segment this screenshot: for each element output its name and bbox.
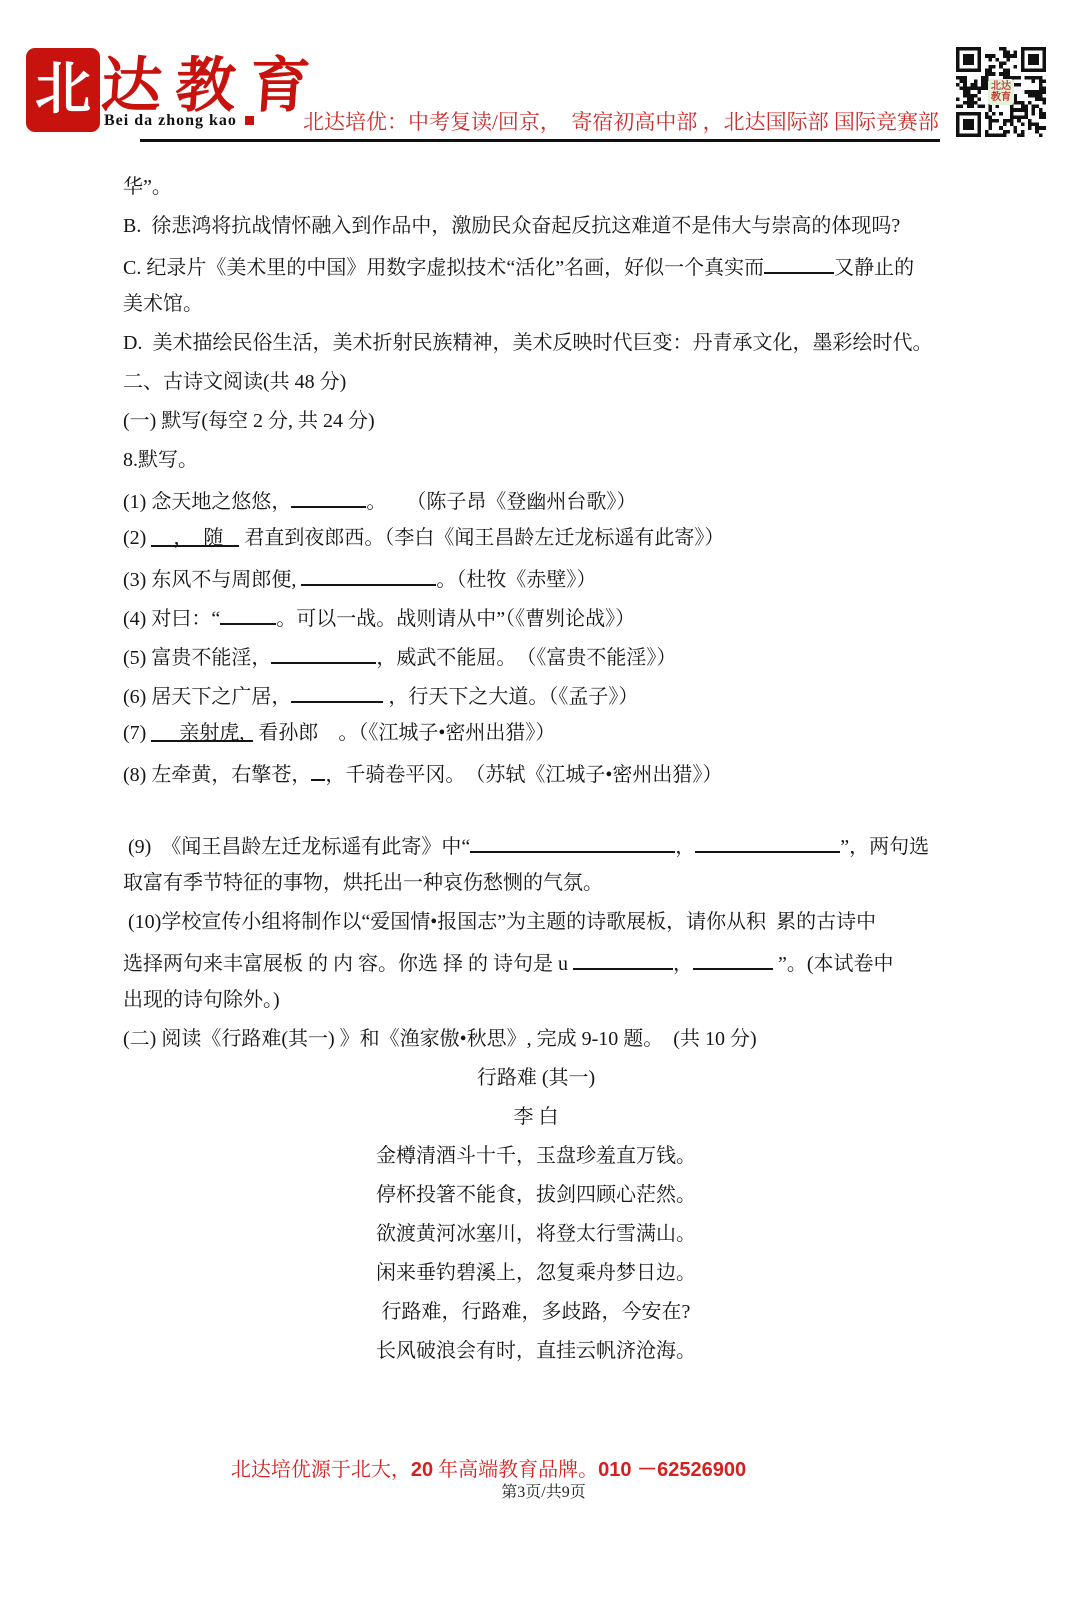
choice-c-wrap: 美术馆。 <box>123 285 949 324</box>
line-text: (4) 对曰：“ <box>123 608 220 630</box>
line-text: (二) 阅读《行路难(其一) 》和《渔家傲•秋思》, 完成 9-10 题。 (共… <box>123 1028 757 1050</box>
line-text: 。 （陈子昂《登幽州台歌》） <box>366 491 636 513</box>
page-number: 第3页/共9页 <box>0 1479 1087 1502</box>
question-8-heading: 8.默写。 <box>123 441 949 480</box>
line-text: (5) 富贵不能淫， <box>123 647 271 669</box>
blank-underline <box>301 558 436 586</box>
line-text: 闲来垂钓碧溪上，忽复乘舟梦日边。 <box>376 1262 696 1284</box>
blank-underline <box>291 480 366 508</box>
line-text: C. 纪录片《美术里的中国》用数字虚拟技术“活化”名画，好似一个真实而 <box>123 257 764 279</box>
question-6: (6) 居天下之广居， ，行天下之大道。（《孟子》） <box>123 675 949 714</box>
line-text: ”，两句选 <box>840 836 929 858</box>
question-3: (3) 东风不与周郎便, 。（杜牧《赤壁》） <box>123 558 949 597</box>
qr-code: 北达教育 <box>956 47 1046 137</box>
line-text: 。（杜牧《赤壁》） <box>436 569 596 591</box>
blank-underline <box>764 246 834 274</box>
poem-line: 欲渡黄河冰塞川，将登太行雪满山。 <box>123 1215 949 1254</box>
line-text: ， <box>673 953 693 975</box>
brand-subtitle-text: Bei da zhong kao <box>104 112 237 129</box>
brand-subtitle: Bei da zhong kao <box>104 112 254 130</box>
poem-title: 行路难 (其一) <box>123 1059 949 1098</box>
line-text: 欲渡黄河冰塞川，将登太行雪满山。 <box>376 1223 696 1245</box>
poem-line: 金樽清酒斗十千，玉盘珍羞直万钱。 <box>123 1137 949 1176</box>
question-10-line3: 出现的诗句除外。) <box>123 981 949 1020</box>
line-text: 行路难 (其一) <box>477 1067 595 1089</box>
line-text: 8.默写。 <box>123 449 198 471</box>
question-10-line1: (10)学校宣传小组将制作以“爱国情•报国志”为主题的诗歌展板，请你从积 累的古… <box>123 903 949 942</box>
section-2-2-heading: (二) 阅读《行路难(其一) 》和《渔家傲•秋思》, 完成 9-10 题。 (共… <box>123 1020 949 1059</box>
line-text: (3) 东风不与周郎便, <box>123 569 301 591</box>
footer-text: 年高端教育品牌。 <box>433 1459 598 1481</box>
line-text: 选择两句来丰富展板 的 内 容。你选 择 的 诗句是 u <box>123 953 573 975</box>
blank-underline <box>573 942 673 970</box>
line-text: 长风破浪会有时，直挂云帆济沧海。 <box>376 1340 696 1362</box>
line-text: 看孙郎 。（《江城子•密州出猎》） <box>253 722 555 744</box>
blank-underline <box>271 636 376 664</box>
footer-brand-line: 北达培优源于北大，20 年高端教育品牌。010 －62526900 <box>0 1453 1087 1482</box>
qr-label-line1: 北达 <box>991 81 1011 92</box>
section-2-heading: 二、古诗文阅读(共 48 分) <box>123 363 949 402</box>
footer-years: 20 <box>411 1459 433 1481</box>
question-10-line2: 选择两句来丰富展板 的 内 容。你选 择 的 诗句是 u ， ”。(本试卷中 <box>123 942 949 981</box>
line-text: 取富有季节特征的事物，烘托出一种哀伤愁恻的气氛。 <box>123 872 603 894</box>
blank-underline <box>693 942 773 970</box>
line-text: 华”。 <box>123 176 172 198</box>
line-text: 美术馆。 <box>123 293 203 315</box>
qr-label-line2: 教育 <box>991 92 1011 103</box>
qr-center-label: 北达教育 <box>988 79 1014 105</box>
line-text: 金樽清酒斗十千，玉盘珍羞直万钱。 <box>376 1145 696 1167</box>
choice-d: D. 美术描绘民俗生活，美术折射民族精神，美术反映时代巨变：丹青承文化，墨彩绘时… <box>123 324 949 363</box>
question-1: (1) 念天地之悠悠，。 （陈子昂《登幽州台歌》） <box>123 480 949 519</box>
question-2: (2) ， 随 君直到夜郎西。（李白《闻王昌龄左迁龙标遥有此寄》） <box>123 519 949 558</box>
line-text: 。可以一战。战则请从中”（《曹刿论战》） <box>276 608 635 630</box>
line-text: (10)学校宣传小组将制作以“爱国情•报国志”为主题的诗歌展板，请你从积 累的古… <box>123 911 876 933</box>
question-5: (5) 富贵不能淫，，威武不能屈。 （《富贵不能淫》） <box>123 636 949 675</box>
blank-underline <box>291 675 383 703</box>
line-text: B. 徐悲鸿将抗战情怀融入到作品中，激励民众奋起反抗这难道不是伟大与崇高的体现吗… <box>123 215 900 237</box>
line-text: (7) <box>123 722 151 744</box>
line-text: (2) <box>123 527 151 549</box>
blank-underline <box>695 825 840 853</box>
line-text: 君直到夜郎西。（李白《闻王昌龄左迁龙标遥有此寄》） <box>239 527 724 549</box>
footer-text: 北达培优源于北大， <box>231 1459 411 1481</box>
text-line: 华”。 <box>123 168 949 207</box>
brand-seal-logo: 北 <box>28 50 98 130</box>
blank-underline <box>311 753 325 781</box>
exam-page: 北 达教育 Bei da zhong kao 北达培优：中考复读/回京， 寄宿初… <box>0 0 1087 1606</box>
line-text: (6) 居天下之广居， <box>123 686 291 708</box>
question-8b: (8) 左牵黄，右擎苍，，千骑卷平冈。 （苏轼《江城子•密州出猎》） <box>123 753 949 792</box>
line-text: (9) 《闻王昌龄左迁龙标遥有此寄》中“ <box>123 836 470 858</box>
line-text: D. 美术描绘民俗生活，美术折射民族精神，美术反映时代巨变：丹青承文化，墨彩绘时… <box>123 332 932 354</box>
line-text: 李 白 <box>514 1106 559 1128</box>
line-text: ，威武不能屈。 （《富贵不能淫》） <box>376 647 676 669</box>
line-text: ，千骑卷平冈。 （苏轼《江城子•密州出猎》） <box>325 764 722 786</box>
line-text: 二、古诗文阅读(共 48 分) <box>123 371 346 393</box>
red-square-icon <box>245 116 254 125</box>
line-text: ，行天下之大道。（《孟子》） <box>383 686 638 708</box>
question-9-wrap: 取富有季节特征的事物，烘托出一种哀伤愁恻的气氛。 <box>123 864 949 903</box>
poem-author: 李 白 <box>123 1098 949 1137</box>
question-4: (4) 对曰：“。可以一战。战则请从中”（《曹刿论战》） <box>123 597 949 636</box>
poem-line: 闲来垂钓碧溪上，忽复乘舟梦日边。 <box>123 1254 949 1293</box>
section-2-1-heading: (一) 默写(每空 2 分, 共 24 分) <box>123 402 949 441</box>
line-text: 又静止的 <box>834 257 914 279</box>
footer-phone: 010 －62526900 <box>598 1459 746 1481</box>
choice-b: B. 徐悲鸿将抗战情怀融入到作品中，激励民众奋起反抗这难道不是伟大与崇高的体现吗… <box>123 207 949 246</box>
line-text: ， <box>675 836 695 858</box>
blank-underline-with-text: ， 随 <box>151 519 239 547</box>
poem-line: 行路难，行路难，多歧路，今安在? <box>123 1293 949 1332</box>
line-text: 停杯投箸不能食，拔剑四顾心茫然。 <box>376 1184 696 1206</box>
blank-underline <box>220 597 276 625</box>
blank-underline <box>470 825 675 853</box>
line-text: (8) 左牵黄，右擎苍， <box>123 764 311 786</box>
line-text: (1) 念天地之悠悠， <box>123 491 291 513</box>
header-tagline: 北达培优：中考复读/回京， 寄宿初高中部 ，北达国际部 国际竞赛部 <box>303 106 939 136</box>
line-text: 出现的诗句除外。) <box>123 989 280 1011</box>
header-divider <box>140 139 940 142</box>
vertical-spacer <box>123 792 949 825</box>
question-7: (7) 亲射虎, 看孙郎 。（《江城子•密州出猎》） <box>123 714 949 753</box>
line-text: ”。(本试卷中 <box>773 953 894 975</box>
poem-line: 停杯投箸不能食，拔剑四顾心茫然。 <box>123 1176 949 1215</box>
blank-underline-with-text: 亲射虎, <box>151 714 253 742</box>
line-text: (一) 默写(每空 2 分, 共 24 分) <box>123 410 375 432</box>
line-text: 行路难，行路难，多歧路，今安在? <box>382 1301 691 1323</box>
exam-body: 华”。 B. 徐悲鸿将抗战情怀融入到作品中，激励民众奋起反抗这难道不是伟大与崇高… <box>123 168 949 1371</box>
choice-c: C. 纪录片《美术里的中国》用数字虚拟技术“活化”名画，好似一个真实而又静止的 <box>123 246 949 285</box>
poem-line: 长风破浪会有时，直挂云帆济沧海。 <box>123 1332 949 1371</box>
question-9: (9) 《闻王昌龄左迁龙标遥有此寄》中“，”，两句选 <box>123 825 949 864</box>
